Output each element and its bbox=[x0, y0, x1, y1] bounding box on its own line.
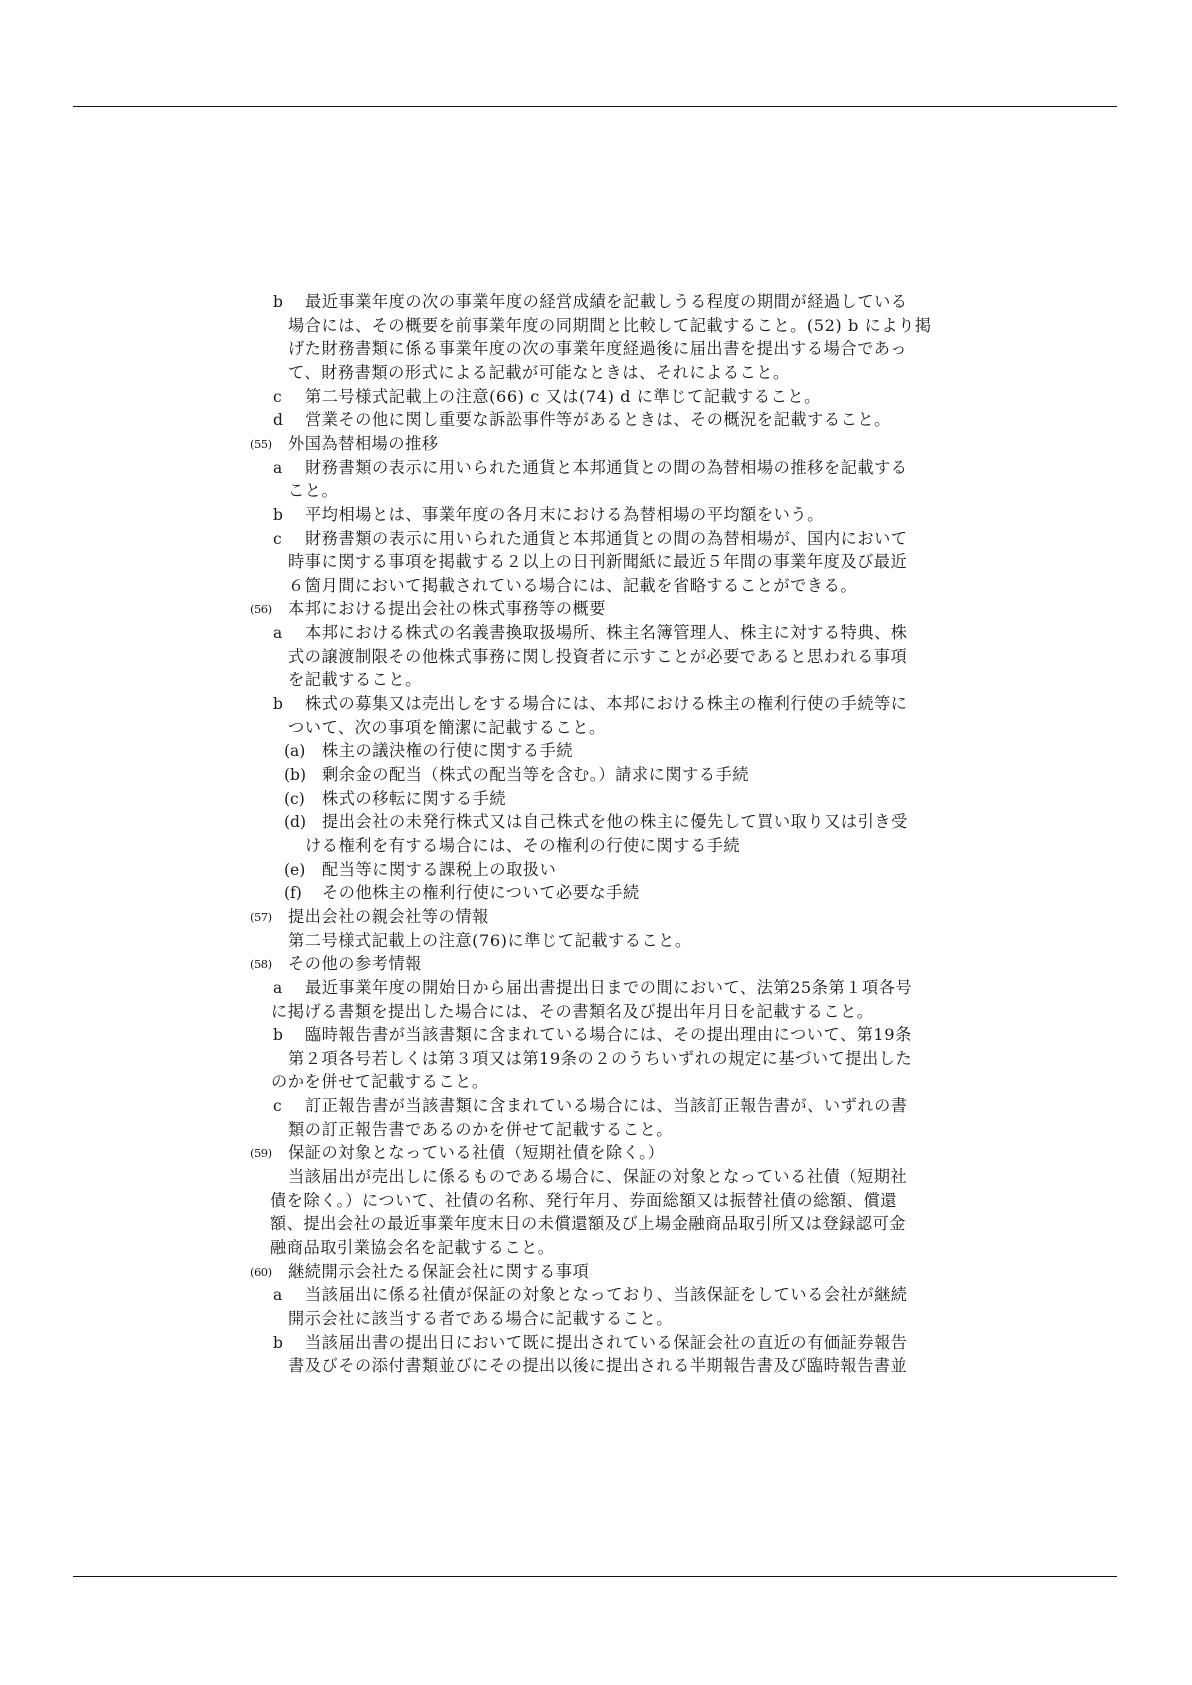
item-text: 提出会社の未発行株式又は自己株式を他の株主に優先して買い取り又は引き受 bbox=[322, 810, 908, 834]
item-text: その他株主の権利行使について必要な手続 bbox=[322, 881, 640, 905]
item-text: その他の参考情報 bbox=[288, 952, 422, 976]
item-marker: (f) bbox=[284, 881, 302, 905]
item-text: 第二号様式記載上の注意(66) c 又は(74) d に準じて記載すること。 bbox=[305, 385, 821, 409]
item-marker: b bbox=[273, 503, 283, 527]
item-marker: b bbox=[273, 692, 283, 716]
item-marker: b bbox=[273, 1023, 283, 1047]
header-rule bbox=[73, 106, 1117, 107]
item-text: 臨時報告書が当該書類に含まれている場合には、その提出理由について、第19条 bbox=[305, 1023, 912, 1047]
continuation-text: 第２項各号若しくは第３項又は第19条の２のうちいずれの規定に基づいて提出した bbox=[288, 1047, 912, 1071]
item-marker: (a) bbox=[284, 739, 305, 763]
section-number: (58) bbox=[250, 952, 272, 976]
item-text: 営業その他に関し重要な訴訟事件等があるときは、その概況を記載すること。 bbox=[305, 408, 891, 432]
item-text: 平均相場とは、事業年度の各月末における為替相場の平均額をいう。 bbox=[305, 503, 824, 527]
section-number: (59) bbox=[250, 1141, 272, 1165]
continuation-text: 式の譲渡制限その他株式事務に関し投資者に示すことが必要であると思われる事項 bbox=[288, 645, 907, 669]
item-text: 本邦における提出会社の株式事務等の概要 bbox=[288, 597, 606, 621]
continuation-text: 開示会社に該当する者である場合に記載すること。 bbox=[288, 1307, 673, 1331]
item-marker: (d) bbox=[284, 810, 306, 834]
item-text: 株式の移転に関する手続 bbox=[322, 787, 506, 811]
item-text: 株式の募集又は売出しをする場合には、本邦における株主の権利行使の手続等に bbox=[305, 692, 908, 716]
footer-rule bbox=[73, 1576, 1117, 1577]
item-text: 当該届出書の提出日において既に提出されている保証会社の直近の有価証券報告 bbox=[305, 1331, 908, 1355]
continuation-text: て、財務書類の形式による記載が可能なときは、それによること。 bbox=[288, 361, 790, 385]
item-marker: c bbox=[273, 527, 282, 551]
item-text: 最近事業年度の次の事業年度の経営成績を記載しうる程度の期間が経過している bbox=[305, 290, 908, 314]
item-text: 継続開示会社たる保証会社に関する事項 bbox=[288, 1260, 589, 1284]
item-marker: a bbox=[273, 1283, 282, 1307]
item-text: 保証の対象となっている社債（短期社債を除く。） bbox=[288, 1141, 665, 1165]
section-number: (55) bbox=[250, 432, 272, 456]
continuation-text: 債を除く。）について、社債の名称、発行年月、券面総額又は振替社債の総額、償還 bbox=[270, 1189, 897, 1213]
continuation-text: のかを併せて記載すること。 bbox=[271, 1070, 489, 1094]
item-marker: a bbox=[273, 456, 282, 480]
item-text: 最近事業年度の開始日から届出書提出日までの間において、法第25条第１項各号 bbox=[305, 976, 912, 1000]
item-text: 剰余金の配当（株式の配当等を含む。）請求に関する手続 bbox=[322, 763, 749, 787]
item-text: 財務書類の表示に用いられた通貨と本邦通貨との間の為替相場の推移を記載する bbox=[305, 456, 908, 480]
section-number: (56) bbox=[250, 597, 272, 621]
item-marker: (e) bbox=[284, 858, 305, 882]
continuation-text: 融商品取引業協会名を記載すること。 bbox=[270, 1236, 555, 1260]
item-marker: c bbox=[273, 1094, 282, 1118]
item-text: 配当等に関する課税上の取扱い bbox=[322, 858, 556, 882]
section-number: (60) bbox=[250, 1260, 272, 1284]
continuation-text: 第二号様式記載上の注意(76)に準じて記載すること。 bbox=[288, 929, 692, 953]
item-marker: (c) bbox=[284, 787, 305, 811]
continuation-text: に掲げる書類を提出した場合には、その書類名及び提出年月日を記載すること。 bbox=[271, 1000, 874, 1024]
continuation-text: 類の訂正報告書であるのかを併せて記載すること。 bbox=[288, 1118, 673, 1142]
continuation-text: ６箇月間において掲載されている場合には、記載を省略することができる。 bbox=[288, 574, 857, 598]
continuation-text: 額、提出会社の最近事業年度末日の未償還額及び上場金融商品取引所又は登録認可金 bbox=[270, 1212, 906, 1236]
item-text: 当該届出に係る社債が保証の対象となっており、当該保証をしている会社が継続 bbox=[305, 1283, 908, 1307]
item-text: 本邦における株式の名義書換取扱場所、株主名簿管理人、株主に対する特典、株 bbox=[305, 621, 908, 645]
continuation-text: 書及びその添付書類並びにその提出以後に提出される半期報告書及び臨時報告書並 bbox=[288, 1354, 907, 1378]
item-text: 外国為替相場の推移 bbox=[288, 432, 439, 456]
item-marker: (b) bbox=[284, 763, 306, 787]
continuation-text: げた財務書類に係る事業年度の次の事業年度経過後に届出書を提出する場合であっ bbox=[288, 337, 907, 361]
continuation-text: 場合には、その概要を前事業年度の同期間と比較して記載すること。(52) b によ… bbox=[288, 314, 932, 338]
item-text: 財務書類の表示に用いられた通貨と本邦通貨との間の為替相場が、国内において bbox=[305, 527, 908, 551]
item-marker: a bbox=[273, 621, 282, 645]
item-text: 提出会社の親会社等の情報 bbox=[288, 905, 489, 929]
item-marker: c bbox=[273, 385, 282, 409]
continuation-text: を記載すること。 bbox=[288, 668, 422, 692]
continuation-text: ける権利を有する場合には、その権利の行使に関する手続 bbox=[305, 834, 740, 858]
section-number: (57) bbox=[250, 905, 272, 929]
item-marker: b bbox=[273, 290, 283, 314]
continuation-text: 当該届出が売出しに係るものである場合に、保証の対象となっている社債（短期社 bbox=[288, 1165, 907, 1189]
continuation-text: ついて、次の事項を簡潔に記載すること。 bbox=[288, 716, 606, 740]
continuation-text: こと。 bbox=[288, 479, 338, 503]
item-text: 株主の議決権の行使に関する手続 bbox=[322, 739, 573, 763]
continuation-text: 時事に関する事項を掲載する２以上の日刊新聞紙に最近５年間の事業年度及び最近 bbox=[288, 550, 907, 574]
item-text: 訂正報告書が当該書類に含まれている場合には、当該訂正報告書が、いずれの書 bbox=[305, 1094, 908, 1118]
item-marker: d bbox=[273, 408, 283, 432]
item-marker: b bbox=[273, 1331, 283, 1355]
item-marker: a bbox=[273, 976, 282, 1000]
